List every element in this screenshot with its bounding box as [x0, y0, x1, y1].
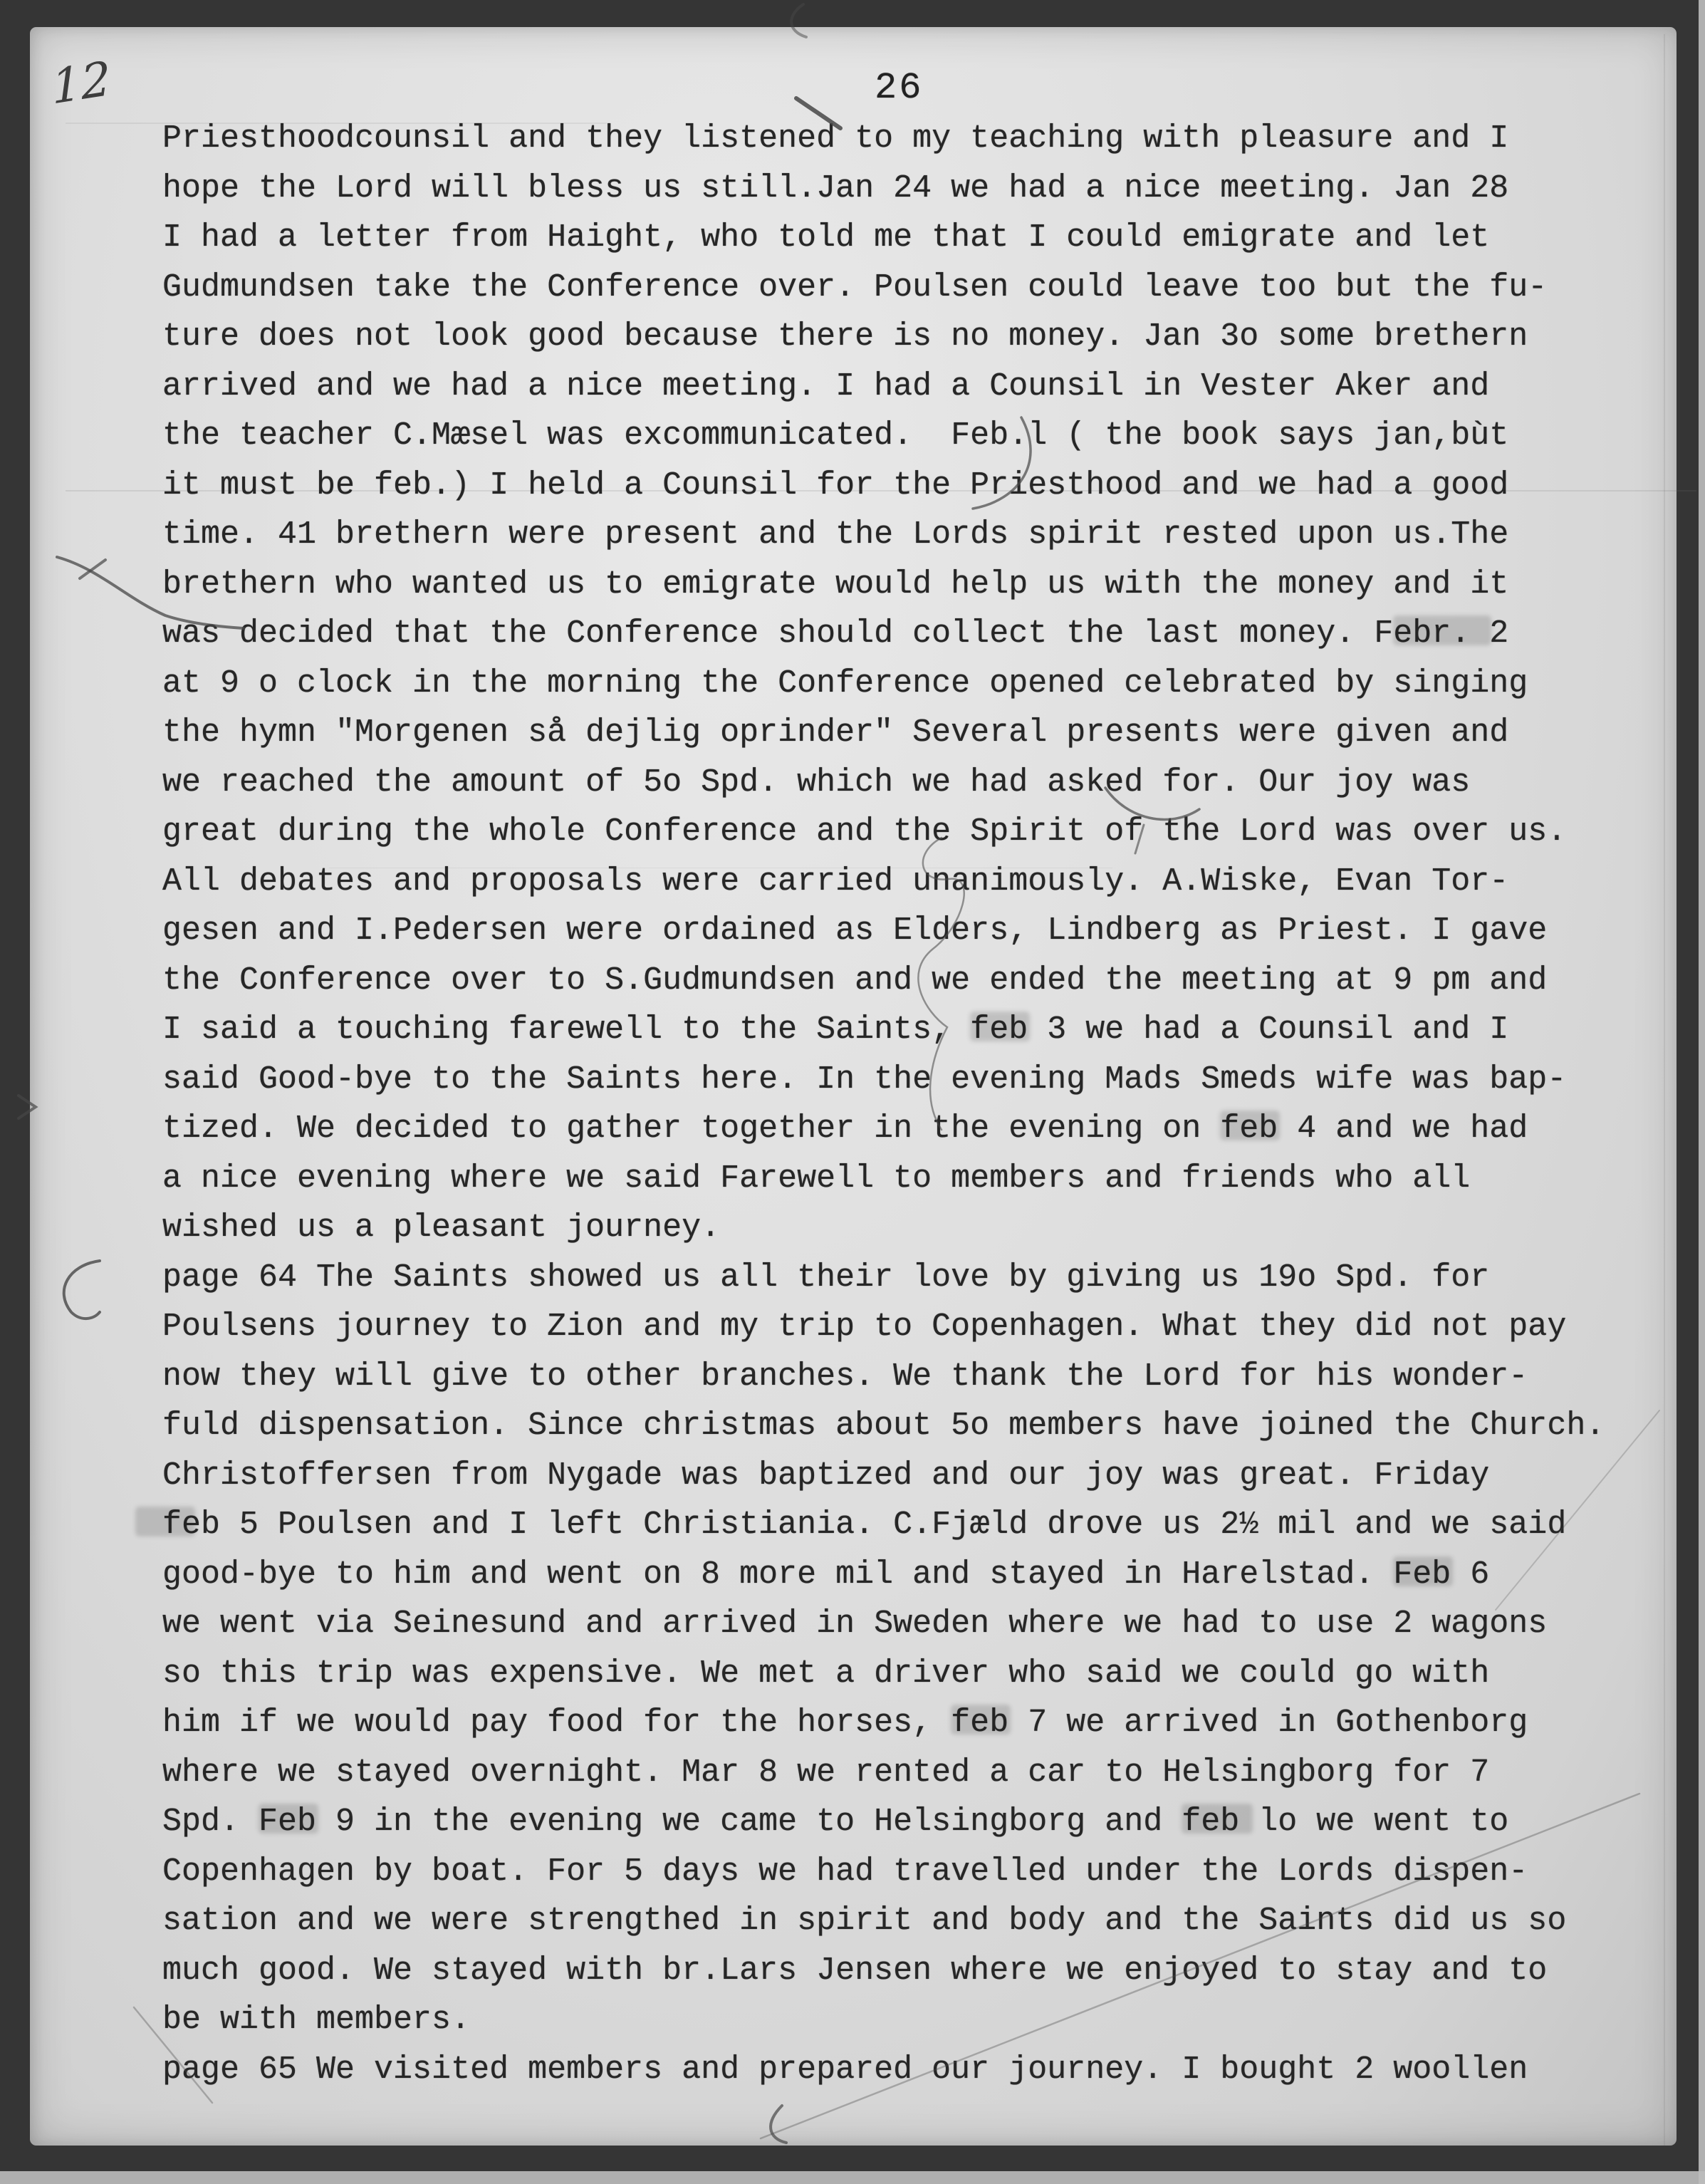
overstrike-smudge — [970, 1012, 1030, 1041]
overstrike-smudge — [1182, 1804, 1253, 1834]
text-line: fuld dispensation. Since christmas about… — [162, 1401, 1665, 1451]
overstrike-smudge — [1393, 1556, 1453, 1586]
text-line: sation and we were strengthed in spirit … — [162, 1896, 1665, 1946]
text-line: so this trip was expensive. We met a dri… — [162, 1649, 1665, 1699]
text-line: hope the Lord will bless us still.Jan 24… — [162, 164, 1665, 214]
text-line: gesen and I.Pedersen were ordained as El… — [162, 906, 1665, 956]
text-line: where we stayed overnight. Mar 8 we rent… — [162, 1748, 1665, 1798]
text-line: Priesthoodcounsil and they listened to m… — [162, 114, 1665, 164]
text-line: Gudmundsen take the Conference over. Pou… — [162, 263, 1665, 313]
text-line: ture does not look good because there is… — [162, 312, 1665, 362]
text-line: Poulsens journey to Zion and my trip to … — [162, 1302, 1665, 1352]
text-line: feb 5 Poulsen and I left Christiania. C.… — [162, 1500, 1665, 1550]
overstrike-smudge — [1393, 615, 1491, 645]
text-line: Spd. Feb 9 in the evening we came to Hel… — [162, 1797, 1665, 1847]
text-line: I said a touching farewell to the Saints… — [162, 1005, 1665, 1055]
text-line: wished us a pleasant journey. — [162, 1203, 1665, 1253]
page-number: 26 — [875, 67, 923, 109]
text-line: much good. We stayed with br.Lars Jensen… — [162, 1946, 1665, 1996]
text-line: a nice evening where we said Farewell to… — [162, 1154, 1665, 1204]
text-line: I had a letter from Haight, who told me … — [162, 213, 1665, 263]
scan-edge-strip — [1699, 0, 1705, 2184]
text-line: we went via Seinesund and arrived in Swe… — [162, 1599, 1665, 1649]
text-line: tized. We decided to gather together in … — [162, 1104, 1665, 1154]
text-line: said Good-bye to the Saints here. In the… — [162, 1055, 1665, 1105]
text-line: page 65 We visited members and prepared … — [162, 2045, 1665, 2095]
text-line: brethern who wanted us to emigrate would… — [162, 560, 1665, 610]
text-line: arrived and we had a nice meeting. I had… — [162, 362, 1665, 412]
text-line: Copenhagen by boat. For 5 days we had tr… — [162, 1847, 1665, 1897]
overstrike-smudge — [951, 1705, 1011, 1735]
text-line: All debates and proposals were carried u… — [162, 857, 1665, 907]
typewritten-text-block: Priesthoodcounsil and they listened to m… — [162, 114, 1665, 2094]
text-line: the teacher C.Mæsel was excommunicated. … — [162, 411, 1665, 461]
text-line: it must be feb.) I held a Counsil for th… — [162, 461, 1665, 511]
text-line: now they will give to other branches. We… — [162, 1352, 1665, 1402]
text-line: time. 41 brethern were present and the L… — [162, 510, 1665, 560]
text-line: be with members. — [162, 1995, 1665, 2045]
text-line: at 9 o clock in the morning the Conferen… — [162, 659, 1665, 709]
scan-edge-strip — [0, 2171, 1705, 2184]
overstrike-smudge — [1220, 1111, 1280, 1140]
overstrike-smudge — [135, 1507, 195, 1536]
overstrike-smudge — [259, 1804, 318, 1834]
text-line: page 64 The Saints showed us all their l… — [162, 1253, 1665, 1303]
text-line: we reached the amount of 5o Spd. which w… — [162, 758, 1665, 808]
text-line: him if we would pay food for the horses,… — [162, 1698, 1665, 1748]
text-line: the Conference over to S.Gudmundsen and … — [162, 956, 1665, 1006]
text-line: great during the whole Conference and th… — [162, 807, 1665, 857]
text-line: Christoffersen from Nygade was baptized … — [162, 1451, 1665, 1501]
handwritten-page-number: 12 — [50, 51, 112, 115]
text-line: the hymn "Morgenen så dejlig oprinder" S… — [162, 708, 1665, 758]
